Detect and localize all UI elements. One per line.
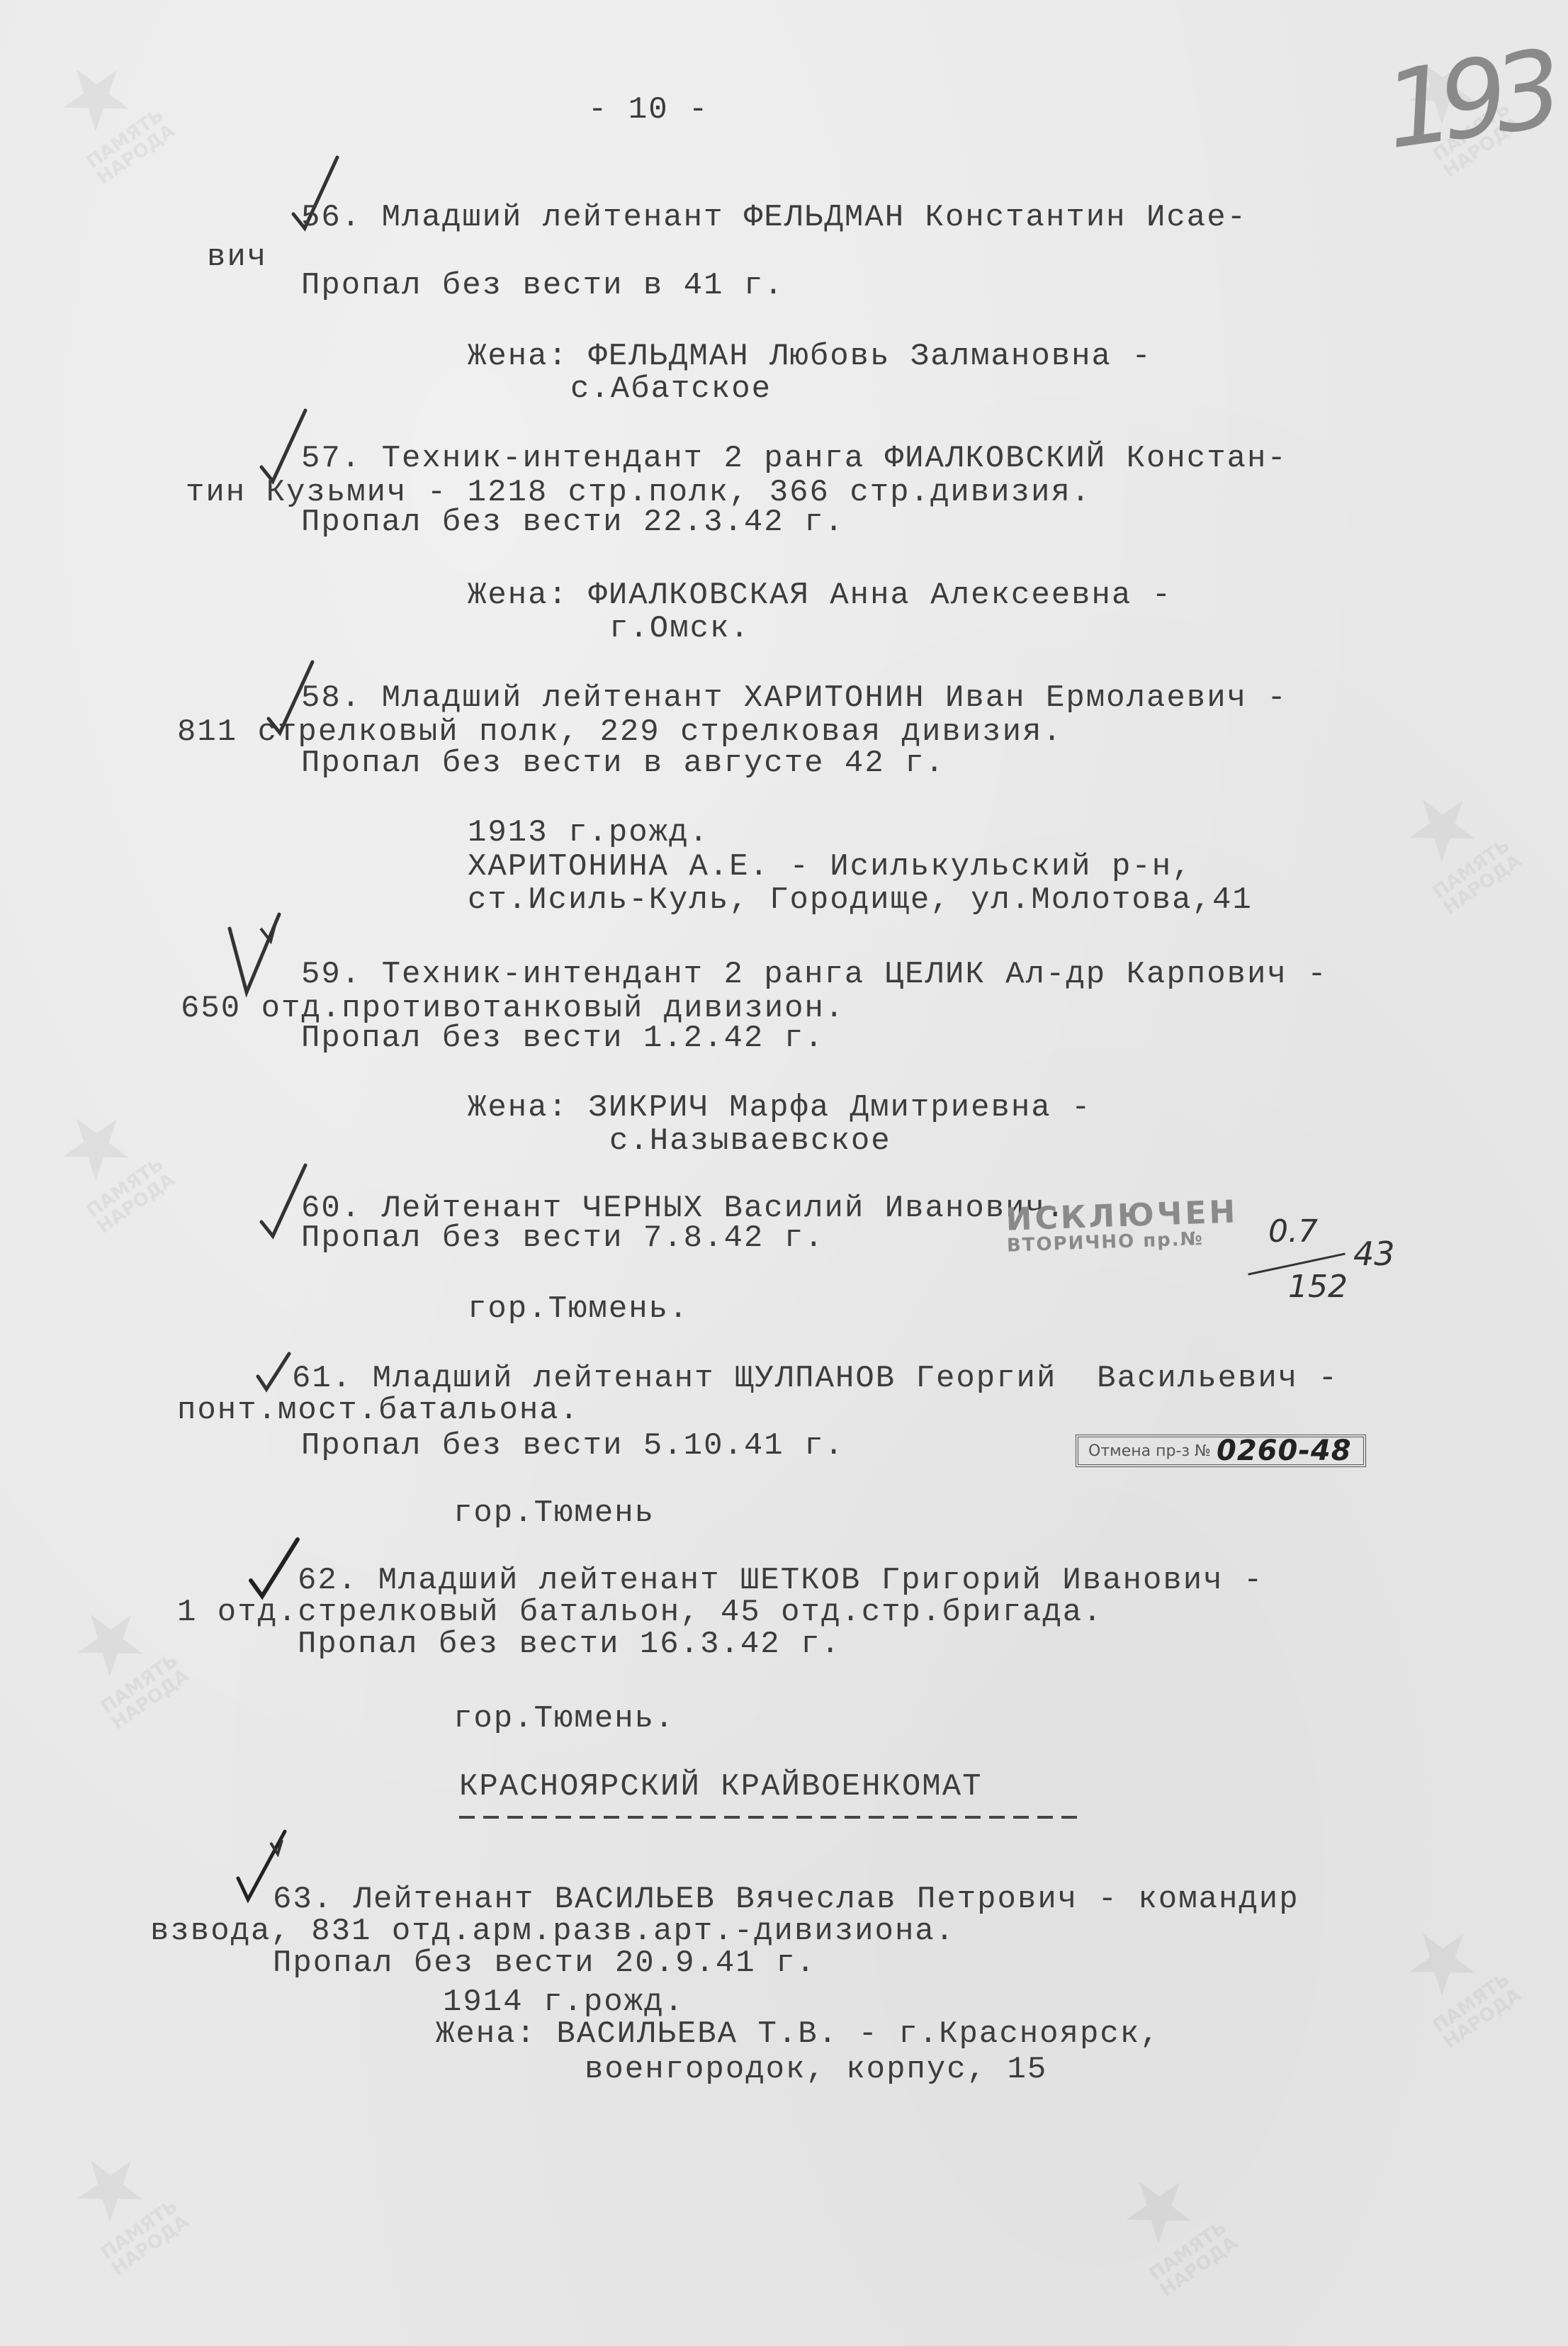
- cancel-order-stamp: Отмена пр-з № 0260-48: [1076, 1435, 1366, 1467]
- entry-58-line-2: 811 стрелковый полк, 229 стрелковая диви…: [177, 714, 1063, 750]
- watermark-star-icon: ★ПАМЯТЬ НАРОДА: [16, 23, 204, 211]
- entry-61-line-2: понт.мост.батальона.: [177, 1393, 580, 1428]
- entry-59-line-3: Пропал без вести 1.2.42 г.: [301, 1021, 825, 1056]
- entry-56-relative-2: с.Абатское: [570, 371, 772, 407]
- section-heading: КРАСНОЯРСКИЙ КРАЙВОЕНКОМАТ: [459, 1769, 983, 1805]
- entry-60-relative-1: гор.Тюмень.: [468, 1291, 689, 1327]
- entry-63-relative-1: 1914 г.рожд.: [443, 1985, 684, 2020]
- entry-63-line-3: Пропал без вести 20.9.41 г.: [273, 1946, 816, 1981]
- checkmark-icon: [248, 1537, 301, 1604]
- entry-59-line-1: 59. Техник-интендант 2 ранга ЦЕЛИК Ал-др…: [301, 957, 1328, 992]
- cancel-order-number: 0260-48: [1217, 1435, 1352, 1467]
- entry-62-line-3: Пропал без вести 16.3.42 г.: [298, 1627, 841, 1662]
- entry-62-line-2: 1 отд.стрелковый батальон, 45 отд.стр.бр…: [177, 1595, 1103, 1630]
- stamp-handwritten-number: 152: [1288, 1269, 1348, 1305]
- entry-58-relative-1: 1913 г.рожд.: [468, 815, 709, 851]
- section-heading-underline: [459, 1816, 1083, 1819]
- entry-58-relative-3: ст.Исиль-Куль, Городище, ул.Молотова,41: [468, 882, 1253, 918]
- stamp-handwritten-year: 43: [1353, 1235, 1395, 1273]
- stamp-handwritten-order: 0.7: [1268, 1213, 1318, 1250]
- entry-56-relative-1: Жена: ФЕЛЬДМАН Любовь Залмановна -: [468, 339, 1152, 374]
- watermark-star-icon: ★ПАМЯТЬ НАРОДА: [1079, 2135, 1267, 2323]
- watermark-star-icon: ★ПАМЯТЬ НАРОДА: [1363, 753, 1550, 941]
- entry-59-relative-1: Жена: ЗИКРИЧ Марфа Дмитриевна -: [468, 1090, 1092, 1126]
- page-number: - 10 -: [588, 92, 709, 128]
- entry-61-line-3: Пропал без вести 5.10.41 г.: [301, 1428, 845, 1464]
- archive-sheet-number: 193: [1377, 28, 1557, 174]
- entry-61-relative-1: гор.Тюмень: [453, 1495, 655, 1531]
- entry-56-line-1: 56. Младший лейтенант ФЕЛЬДМАН Константи…: [301, 200, 1247, 235]
- entry-57-relative-2: г.Омск.: [609, 611, 750, 646]
- watermark-star-icon: ★ПАМЯТЬ НАРОДА: [1363, 1887, 1550, 2075]
- watermark-star-icon: ★ПАМЯТЬ НАРОДА: [30, 2114, 218, 2302]
- entry-58-relative-2: ХАРИТОНИНА А.Е. - Исилькульский р-н,: [468, 849, 1192, 885]
- entry-56-line-3: Пропал без вести в 41 г.: [301, 268, 784, 303]
- entry-63-relative-3: военгородок, корпус, 15: [585, 2052, 1047, 2087]
- entry-57-line-3: Пропал без вести 22.3.42 г.: [301, 505, 845, 540]
- entry-62-relative-1: гор.Тюмень.: [453, 1701, 675, 1736]
- entry-58-line-1: 58. Младший лейтенант ХАРИТОНИН Иван Ерм…: [301, 680, 1287, 716]
- watermark-star-icon: ★ПАМЯТЬ НАРОДА: [16, 1072, 204, 1260]
- entry-63-line-1: 63. Лейтенант ВАСИЛЬЕВ Вячеслав Петрович…: [273, 1882, 1299, 1917]
- document-page: ★ПАМЯТЬ НАРОДА ★ПАМЯТЬ НАРОДА ★ПАМЯТЬ НА…: [0, 0, 1568, 2346]
- entry-63-relative-2: Жена: ВАСИЛЬЕВА Т.В. - г.Красноярск,: [436, 2016, 1161, 2052]
- entry-62-line-1: 62. Младший лейтенант ШЕТКОВ Григорий Ив…: [298, 1563, 1263, 1598]
- entry-58-line-3: Пропал без вести в августе 42 г.: [301, 746, 945, 781]
- checkmark-icon: [225, 907, 282, 999]
- entry-59-relative-2: с.Называевское: [609, 1123, 891, 1159]
- entry-57-relative-1: Жена: ФИАЛКОВСКАЯ Анна Алексеевна -: [468, 578, 1172, 613]
- entry-60-line-2: Пропал без вести 7.8.42 г.: [301, 1220, 825, 1256]
- entry-57-line-1: 57. Техник-интендант 2 ранга ФИАЛКОВСКИЙ…: [301, 441, 1287, 476]
- entry-61-line-1: 61. Младший лейтенант ЩУЛПАНОВ Георгий В…: [292, 1361, 1338, 1396]
- entry-63-line-2: взвода, 831 отд.арм.разв.арт.-дивизиона.: [150, 1914, 955, 1949]
- excluded-stamp: ИСКЛЮЧЕН ВТОРИЧНО пр.№: [1005, 1194, 1239, 1256]
- checkmark-icon: [256, 1352, 292, 1395]
- entry-56-line-2: вич: [207, 240, 267, 275]
